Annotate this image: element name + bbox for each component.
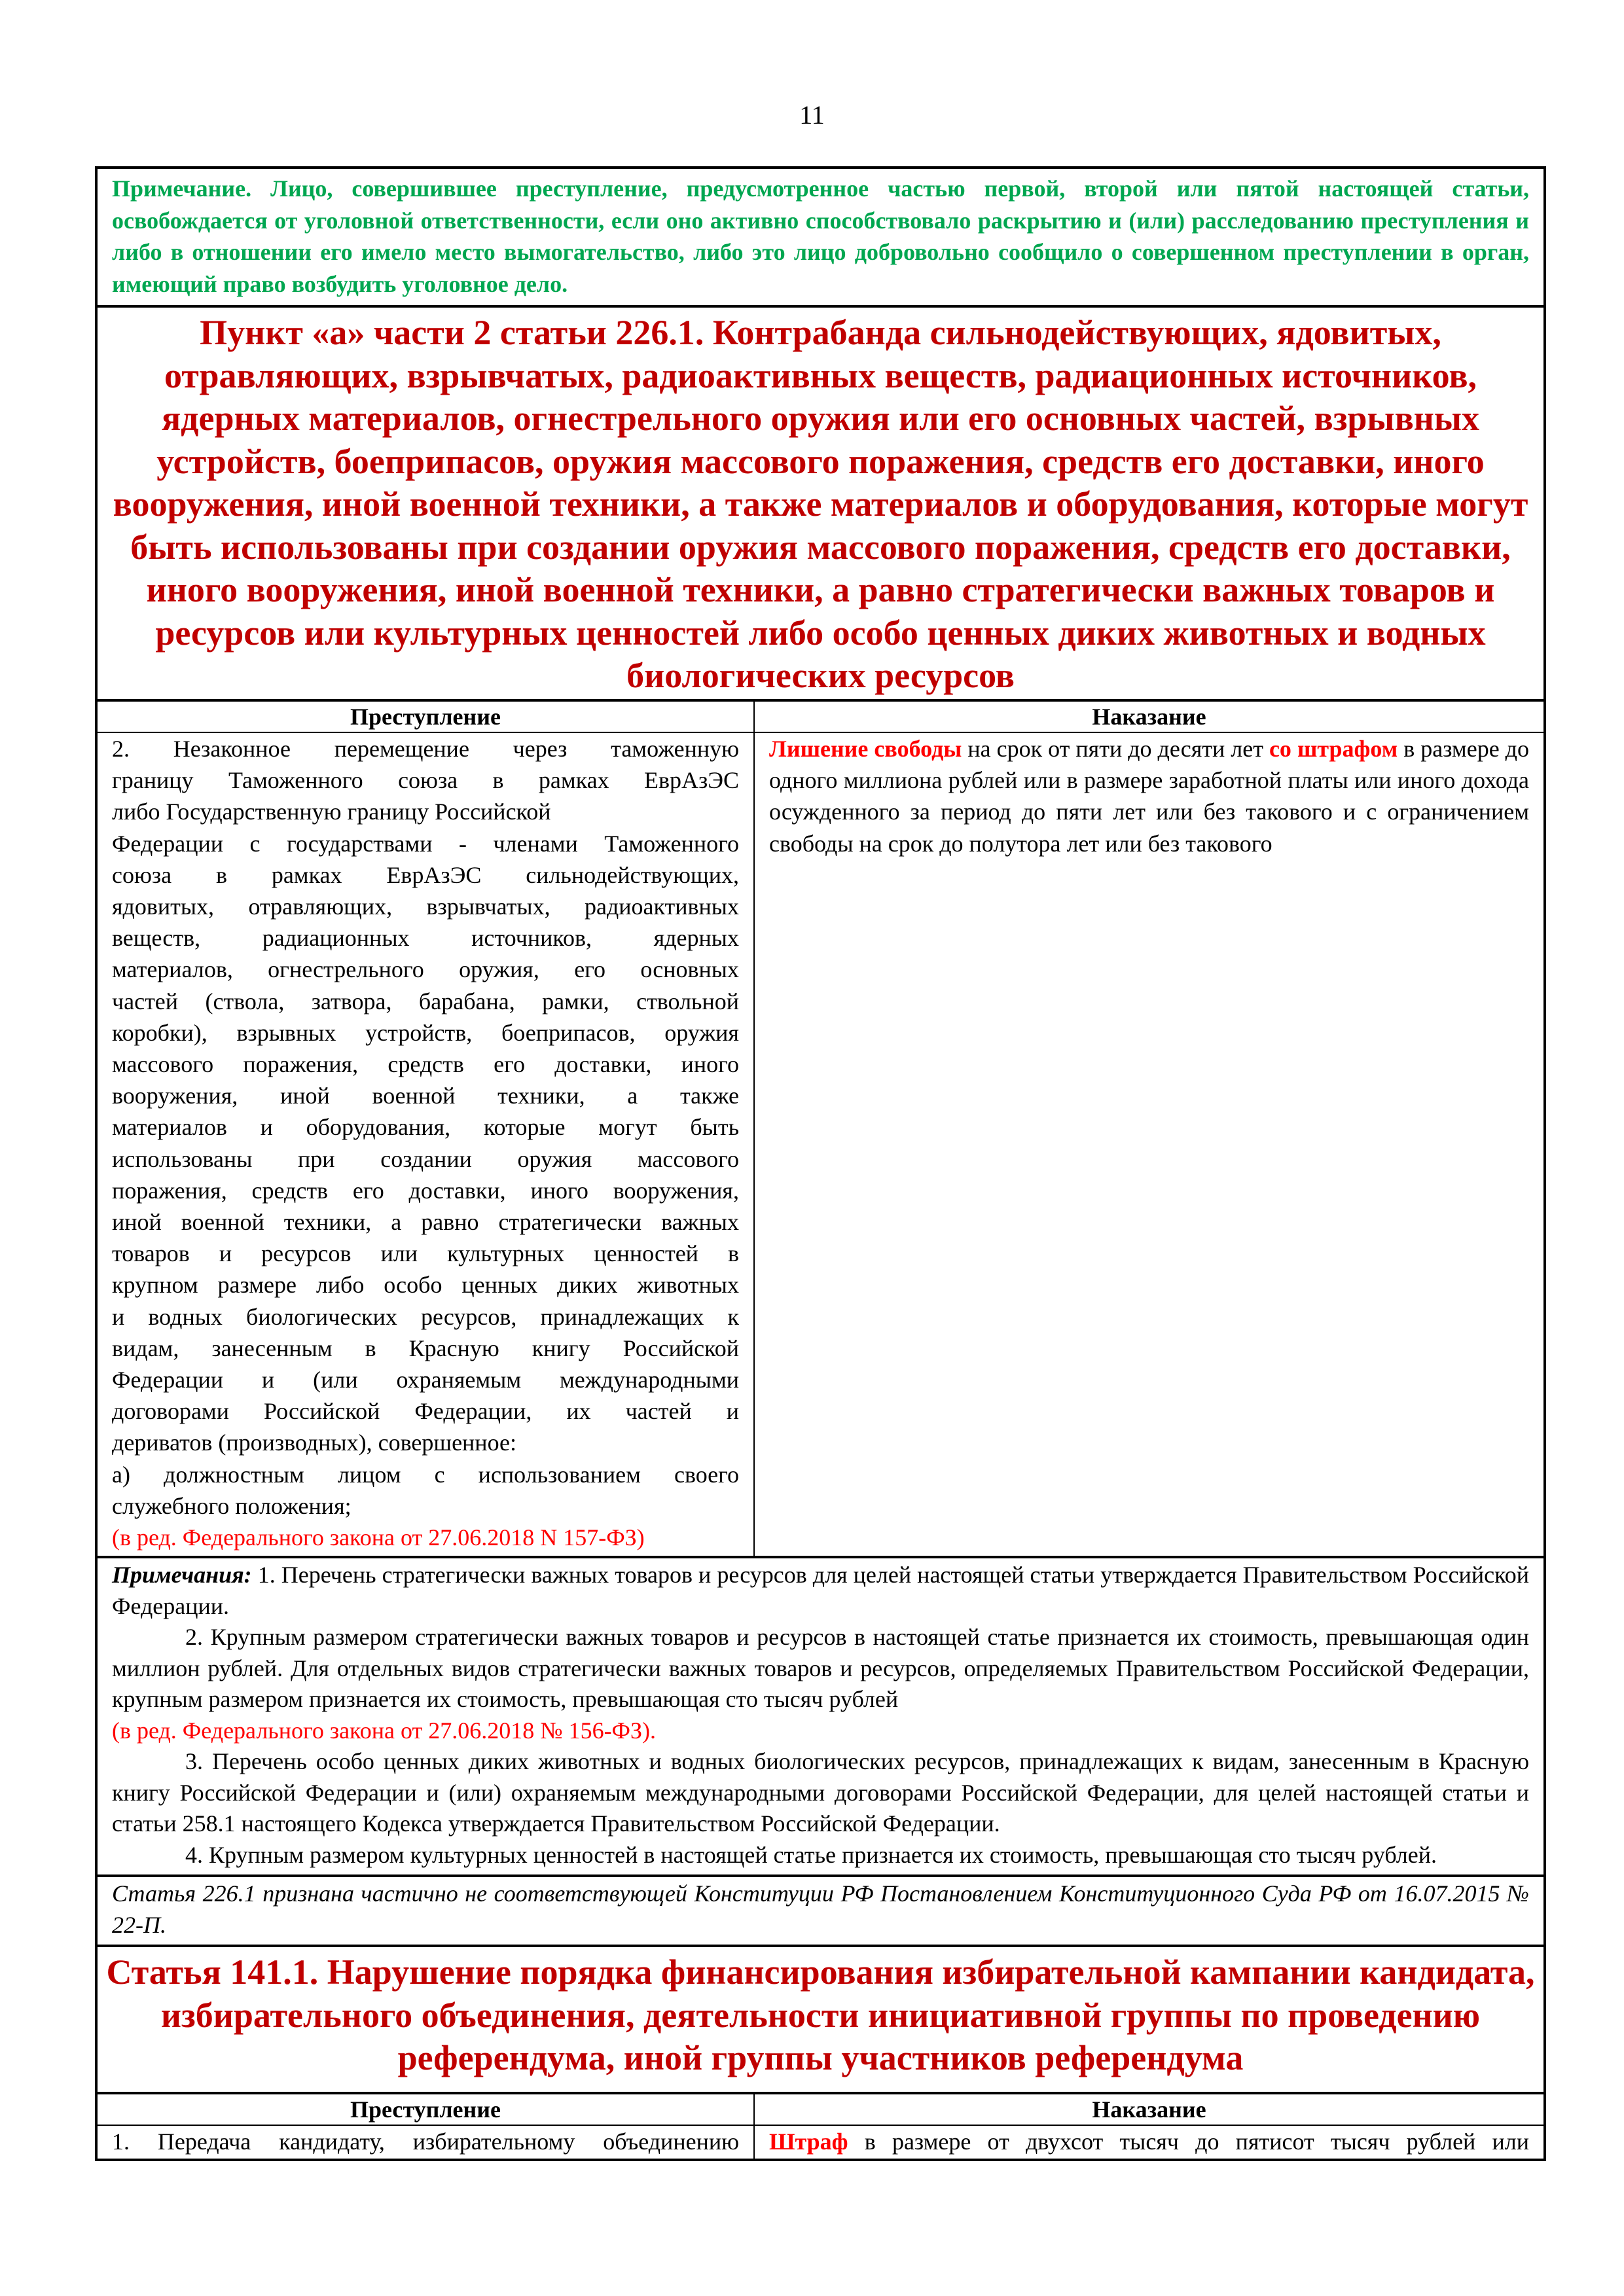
article-141-1-header-row: Преступление Наказание: [98, 2094, 1543, 2126]
crime-text-line: договорами Российской Федерации, их част…: [112, 1395, 739, 1427]
column-header-crime-2: Преступление: [98, 2094, 755, 2125]
crime-2-first-line: 1. Передача кандидату, избирательному об…: [112, 2126, 739, 2157]
crime-text-line: крупном размере либо особо ценных диких …: [112, 1269, 739, 1300]
crime-text-line: товаров и ресурсов или культурных ценнос…: [112, 1238, 739, 1269]
punishment-description: Лишение свободы на срок от пяти до десят…: [755, 733, 1543, 1556]
crime-text-line: коробки), взрывных устройств, боеприпасо…: [112, 1017, 739, 1049]
crime-description-2: 1. Передача кандидату, избирательному об…: [98, 2126, 755, 2159]
crime-text-line: поражения, средств его доставки, иного в…: [112, 1175, 739, 1206]
article-141-1-body-row: 1. Передача кандидату, избирательному об…: [98, 2126, 1543, 2159]
column-header-punishment-2: Наказание: [755, 2094, 1543, 2125]
crime-text-line: а) должностным лицом с использованием св…: [112, 1459, 739, 1490]
crime-text-line: союза в рамках ЕврАзЭС сильнодействующих…: [112, 859, 739, 891]
punishment-description-2: Штраф в размере от двухсот тысяч до пяти…: [755, 2126, 1543, 2159]
crime-text-line: границу Таможенного союза в рамках ЕврАз…: [112, 764, 739, 796]
crime-text-line: массового поражения, средств его доставк…: [112, 1049, 739, 1080]
article-226-1-body-row: 2. Незаконное перемещение через таможенн…: [98, 733, 1543, 1558]
crime-amendment-link[interactable]: (в ред. Федерального закона от 27.06.201…: [112, 1522, 739, 1553]
crime-text-line: Федерации и (или охраняемым международны…: [112, 1364, 739, 1395]
notes-lead: Примечания:: [112, 1562, 252, 1588]
page-number: 11: [0, 97, 1624, 134]
note-item-1: Примечания: 1. Перечень стратегически ва…: [112, 1560, 1529, 1622]
note-item-1-text: 1. Перечень стратегически важных товаров…: [112, 1562, 1529, 1619]
crime-text-line: Федерации с государствами - членами Тамо…: [112, 828, 739, 859]
document-table: Примечание. Лицо, совершившее преступлен…: [95, 166, 1546, 2161]
note-item-4: 4. Крупным размером культурных ценностей…: [112, 1840, 1529, 1871]
crime-description: 2. Незаконное перемещение через таможенн…: [98, 733, 755, 1556]
note-item-3: 3. Перечень особо ценных диких животных …: [112, 1746, 1529, 1840]
crime-text-line: материалов и оборудования, которые могут…: [112, 1111, 739, 1143]
constitutional-court-note: Статья 226.1 признана частично не соотве…: [98, 1877, 1543, 1947]
article-141-1-title: Статья 141.1. Нарушение порядка финансир…: [98, 1947, 1543, 2094]
crime-text-line: иной военной техники, а равно стратегиче…: [112, 1206, 739, 1238]
punishment-highlight-fine: со штрафом: [1269, 736, 1398, 762]
crime-text-line: либо Государственную границу Российской: [112, 796, 739, 827]
crime-text-line: 2. Незаконное перемещение через таможенн…: [112, 733, 739, 764]
crime-text-line: частей (ствола, затвора, барабана, рамки…: [112, 986, 739, 1017]
punishment-2-text: Штраф в размере от двухсот тысяч до пяти…: [769, 2126, 1529, 2157]
crime-text-line: служебного положения;: [112, 1490, 739, 1522]
punishment-2-highlight-fine: Штраф: [769, 2128, 848, 2155]
crime-text-line: веществ, радиационных источников, ядерны…: [112, 922, 739, 954]
column-header-crime: Преступление: [98, 702, 755, 732]
crime-text-line: дериватов (производных), совершенное:: [112, 1427, 739, 1458]
column-header-punishment: Наказание: [755, 702, 1543, 732]
note-item-2-text: 2. Крупным размером стратегически важных…: [112, 1624, 1529, 1712]
punishment-text: Лишение свободы на срок от пяти до десят…: [769, 733, 1529, 859]
crime-text-line: использованы при создании оружия массово…: [112, 1143, 739, 1175]
punishment-2-text-part-1: в размере от двухсот тысяч до пятисот ты…: [848, 2128, 1529, 2155]
exemption-note: Примечание. Лицо, совершившее преступлен…: [98, 169, 1543, 308]
article-226-1-title: Пункт «а» части 2 статьи 226.1. Контраба…: [98, 308, 1543, 702]
article-226-1-notes: Примечания: 1. Перечень стратегически ва…: [98, 1558, 1543, 1877]
article-226-1-header-row: Преступление Наказание: [98, 702, 1543, 733]
note-item-2-amendment-link[interactable]: (в ред. Федерального закона от 27.06.201…: [112, 1715, 656, 1747]
punishment-text-part-1: на срок от пяти до десяти лет: [962, 736, 1269, 762]
punishment-highlight-imprisonment: Лишение свободы: [769, 736, 962, 762]
crime-text-line: материалов, огнестрельного оружия, его о…: [112, 954, 739, 985]
crime-text-line: и водных биологических ресурсов, принадл…: [112, 1301, 739, 1333]
note-item-2: 2. Крупным размером стратегически важных…: [112, 1622, 1529, 1746]
crime-text-line: видам, занесенным в Красную книгу Россий…: [112, 1333, 739, 1364]
crime-text-line: вооружения, иной военной техники, а такж…: [112, 1080, 739, 1111]
crime-text: 2. Незаконное перемещение через таможенн…: [112, 733, 739, 1522]
crime-text-line: ядовитых, отравляющих, взрывчатых, радио…: [112, 891, 739, 922]
